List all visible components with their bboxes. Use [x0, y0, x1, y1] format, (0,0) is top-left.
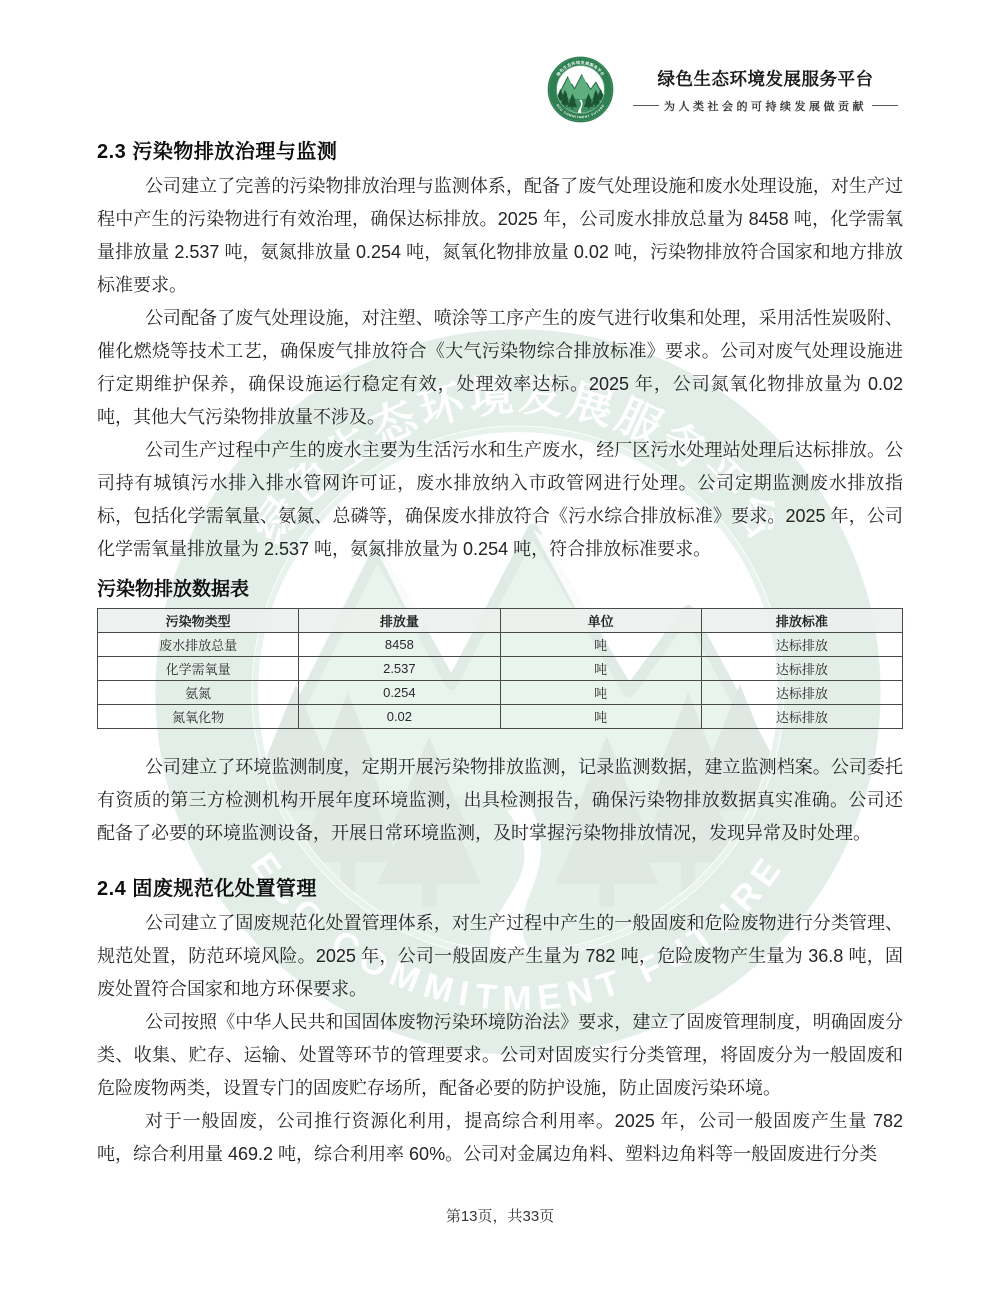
- table-cell: 达标排放: [701, 657, 902, 681]
- paragraph: 公司建立了环境监测制度，定期开展污染物排放监测，记录监测数据，建立监测档案。公司…: [97, 751, 903, 850]
- section-2-3-heading: 2.3 污染物排放治理与监测: [97, 135, 903, 164]
- table-cell: 吨: [500, 705, 701, 729]
- table-header-cell: 污染物类型: [98, 609, 299, 633]
- table-cell: 吨: [500, 633, 701, 657]
- brand-tagline: 为人类社会的可持续发展做贡献: [628, 98, 903, 114]
- paragraph: 公司按照《中华人民共和国固体废物污染环境防治法》要求，建立了固废管理制度，明确固…: [97, 1006, 903, 1105]
- table-cell: 氨氮: [98, 681, 299, 705]
- page-footer: 第13页，共33页: [0, 1205, 1000, 1226]
- table-cell: 废水排放总量: [98, 633, 299, 657]
- section-2-4-heading: 2.4 固废规范化处置管理: [97, 872, 903, 901]
- table-cell: 达标排放: [701, 705, 902, 729]
- tagline-dash-left: [633, 105, 659, 106]
- brand-tagline-text: 为人类社会的可持续发展做贡献: [664, 98, 867, 114]
- paragraph: 公司配备了废气处理设施，对注塑、喷涂等工序产生的废气进行收集和处理，采用活性炭吸…: [97, 302, 903, 434]
- table-cell: 化学需氧量: [98, 657, 299, 681]
- page-header: 绿色生态环境发展服务平台 为人类社会的可持续发展做贡献: [0, 0, 1000, 123]
- emissions-table: 污染物类型 排放量 单位 排放标准 废水排放总量 8458 吨 达标排放 化学需…: [97, 608, 903, 729]
- table-header-cell: 单位: [500, 609, 701, 633]
- table-cell: 达标排放: [701, 633, 902, 657]
- table-cell: 0.02: [299, 705, 500, 729]
- brand-block: 绿色生态环境发展服务平台 为人类社会的可持续发展做贡献: [628, 66, 903, 114]
- paragraph: 公司生产过程中产生的废水主要为生活污水和生产废水，经厂区污水处理站处理后达标排放…: [97, 434, 903, 566]
- emissions-table-title: 污染物排放数据表: [97, 574, 903, 601]
- table-cell: 氮氧化物: [98, 705, 299, 729]
- table-row: 氮氧化物 0.02 吨 达标排放: [98, 705, 903, 729]
- table-row: 氨氮 0.254 吨 达标排放: [98, 681, 903, 705]
- table-cell: 达标排放: [701, 681, 902, 705]
- table-header-cell: 排放标准: [701, 609, 902, 633]
- table-row: 化学需氧量 2.537 吨 达标排放: [98, 657, 903, 681]
- table-cell: 吨: [500, 681, 701, 705]
- brand-title: 绿色生态环境发展服务平台: [628, 66, 903, 91]
- document-content: 2.3 污染物排放治理与监测 公司建立了完善的污染物排放治理与监测体系，配备了废…: [0, 135, 1000, 1171]
- table-row: 废水排放总量 8458 吨 达标排放: [98, 633, 903, 657]
- table-header-row: 污染物类型 排放量 单位 排放标准: [98, 609, 903, 633]
- tagline-dash-right: [872, 105, 898, 106]
- paragraph: 公司建立了完善的污染物排放治理与监测体系，配备了废气处理设施和废水处理设施，对生…: [97, 170, 903, 302]
- table-cell: 吨: [500, 657, 701, 681]
- paragraph: 公司建立了固废规范化处置管理体系，对生产过程中产生的一般固废和危险废物进行分类管…: [97, 907, 903, 1006]
- document-page: 绿色生态环境发展服务平台 为人类社会的可持续发展做贡献 2.3 污染物排放治理与…: [0, 0, 1000, 1294]
- eco-platform-logo-icon: [547, 56, 614, 123]
- page-number: 第13页，共33页: [446, 1208, 554, 1225]
- table-cell: 2.537: [299, 657, 500, 681]
- table-header-cell: 排放量: [299, 609, 500, 633]
- table-cell: 0.254: [299, 681, 500, 705]
- table-cell: 8458: [299, 633, 500, 657]
- paragraph: 对于一般固废，公司推行资源化利用，提高综合利用率。2025 年，公司一般固废产生…: [97, 1105, 903, 1171]
